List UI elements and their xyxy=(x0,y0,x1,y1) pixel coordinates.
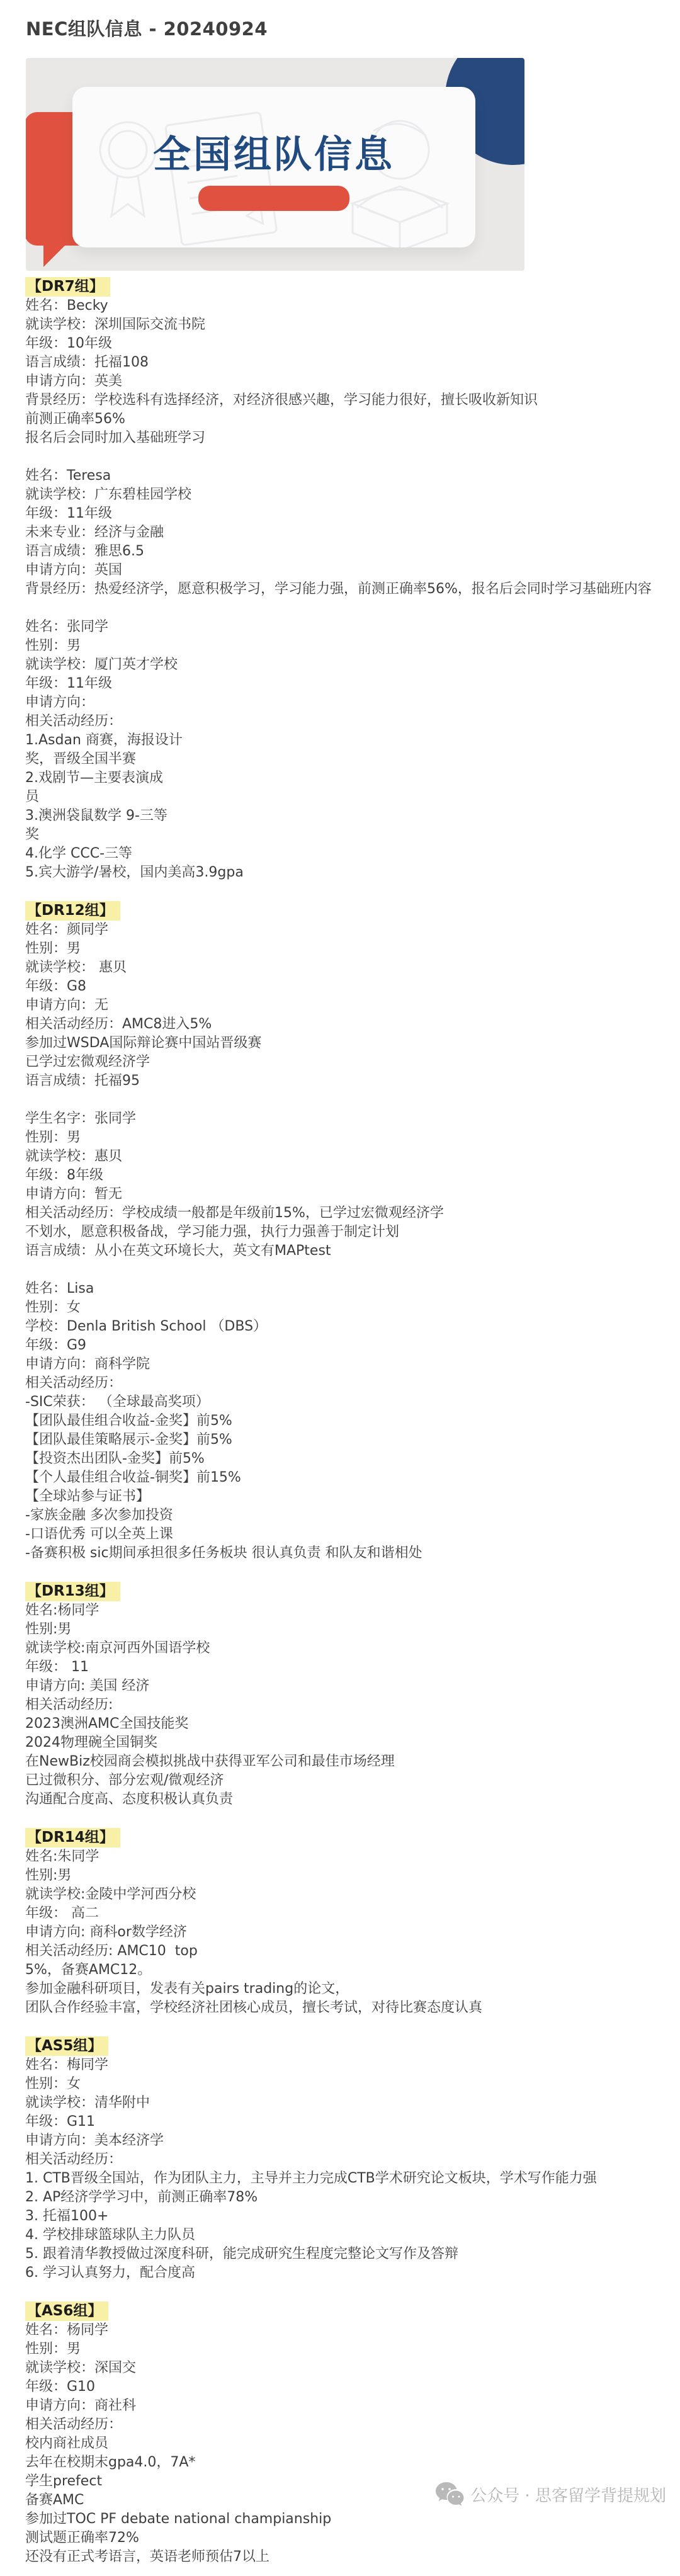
text-line: 就读学校:金陵中学河西分校 xyxy=(25,1885,667,1904)
text-line: 姓名:杨同学 xyxy=(25,1601,667,1620)
wechat-icon xyxy=(435,2481,464,2507)
text-line: 申请方向：暂无 xyxy=(25,1185,667,1204)
text-line: 相关活动经历: xyxy=(25,1696,667,1715)
text-line: 相关活动经历：学校成绩一般都是年级前15%，已学过宏微观经济学 xyxy=(25,1204,667,1223)
text-line: 性别：男 xyxy=(25,2340,667,2359)
text-line: 5%，备赛AMC12。 xyxy=(25,1961,667,1980)
text-line: 2023澳洲AMC全国技能奖 xyxy=(25,1715,667,1733)
banner-card: 全国组队信息 xyxy=(72,87,475,247)
record-block: 姓名：张同学性别：男就读学校：厦门英才学校年级：11年级申请方向：相关活动经历：… xyxy=(25,618,667,882)
red-underline-bar xyxy=(198,186,349,211)
text-line: 性别：男 xyxy=(25,637,667,655)
record-block: 【DR7组】姓名：Becky就读学校：深圳国际交流书院年级：10年级语言成绩：托… xyxy=(25,277,667,448)
group-tag-line: 【DR13组】 xyxy=(25,1582,667,1601)
text-line: 姓名：Becky xyxy=(25,297,667,315)
text-line: 就读学校：清华附中 xyxy=(25,2094,667,2113)
page-title: NEC组队信息 - 20240924 xyxy=(0,0,680,41)
text-line: 已学过宏微观经济学 xyxy=(25,1053,667,1072)
group-tag-line: 【AS6组】 xyxy=(25,2301,667,2321)
text-line: 在NewBiz校园商会模拟挑战中获得亚军公司和最佳市场经理 xyxy=(25,1752,667,1771)
text-line: 申请方向：商社科 xyxy=(25,2397,667,2415)
text-line: 前测正确率56% xyxy=(25,410,667,429)
record-block: 【AS5组】姓名：梅同学性别：女就读学校：清华附中年级：G11申请方向：美本经济… xyxy=(25,2036,667,2283)
text-line: 申请方向：无 xyxy=(25,996,667,1015)
text-line: 相关活动经历： xyxy=(25,2415,667,2434)
text-line: 5. 跟着清华教授做过深度科研，能完成研究生程度完整论文写作及答辩 xyxy=(25,2245,667,2264)
text-line: 还没有正式考语言，英语老师预估7以上 xyxy=(25,2548,667,2567)
group-tag-line: 【DR12组】 xyxy=(25,901,667,921)
text-line: 就读学校:南京河西外国语学校 xyxy=(25,1639,667,1658)
text-line: 年级：G11 xyxy=(25,2113,667,2131)
text-line: 【全球站参与证书】 xyxy=(25,1487,667,1506)
text-line: 申请方向：商科学院 xyxy=(25,1355,667,1374)
text-line: 就读学校：厦门英才学校 xyxy=(25,655,667,674)
text-line: 学生名字：张同学 xyxy=(25,1109,667,1128)
text-line: 年级：G8 xyxy=(25,977,667,996)
text-line: 年级：11年级 xyxy=(25,674,667,693)
record-block: 【DR12组】姓名：颜同学性别：男就读学校： 惠贝年级：G8申请方向：无相关活动… xyxy=(25,901,667,1091)
text-line: 姓名：杨同学 xyxy=(25,2321,667,2340)
text-line: 语言成绩：雅思6.5 xyxy=(25,542,667,561)
text-line: 【团队最佳策略展示-金奖】前5% xyxy=(25,1431,667,1450)
watermark: 公众号 · 思客留学背提规划 xyxy=(435,2481,666,2507)
group-tag-line: 【AS5组】 xyxy=(25,2036,667,2056)
text-line: 姓名：张同学 xyxy=(25,618,667,637)
text-line: 申请方向: 美国 经济 xyxy=(25,1677,667,1696)
text-line: 姓名：Teresa xyxy=(25,467,667,485)
text-line: 背景经历：学校选科有选择经济，对经济很感兴趣，学习能力很好，擅长吸收新知识 xyxy=(25,391,667,410)
text-line: -备赛积极 sic期间承担很多任务板块 很认真负责 和队友和谐相处 xyxy=(25,1544,667,1563)
record-block: 学生名字：张同学性别：男就读学校：惠贝年级：8年级申请方向：暂无相关活动经历：学… xyxy=(25,1109,667,1261)
group-tag: 【AS5组】 xyxy=(25,2036,108,2056)
text-line: 语言成绩：从小在英文环境长大，英文有MAPtest xyxy=(25,1242,667,1261)
record-block: 姓名：Lisa性别：女学校：Denla British School （DBS）… xyxy=(25,1279,667,1563)
text-line: 4. 学校排球篮球队主力队员 xyxy=(25,2226,667,2245)
text-line: 3. 托福100+ xyxy=(25,2207,667,2226)
group-tag-line: 【DR7组】 xyxy=(25,277,667,297)
text-line: 报名后会同时加入基础班学习 xyxy=(25,429,667,448)
text-line: 沟通配合度高、态度积极认真负责 xyxy=(25,1790,667,1809)
banner-title: 全国组队信息 xyxy=(72,125,475,179)
text-line: 1.Asdan 商赛，海报设计 xyxy=(25,731,667,750)
text-line: 就读学校： 惠贝 xyxy=(25,958,667,977)
text-line: 已过微积分、部分宏观/微观经济 xyxy=(25,1771,667,1790)
text-line: 申请方向：英美 xyxy=(25,372,667,391)
group-tag: 【AS6组】 xyxy=(25,2301,108,2321)
text-line: 背景经历：热爱经济学，愿意积极学习，学习能力强，前测正确率56%，报名后会同时学… xyxy=(25,580,667,599)
text-line: 奖 xyxy=(25,826,667,844)
text-line: 就读学校：惠贝 xyxy=(25,1147,667,1166)
text-line: 校内商社成员 xyxy=(25,2434,667,2453)
watermark-text: 公众号 · 思客留学背提规划 xyxy=(470,2483,666,2506)
text-line: 1. CTB晋级全国站，作为团队主力，主导并主力完成CTB学术研究论文板块，学术… xyxy=(25,2169,667,2188)
text-line: 年级：8年级 xyxy=(25,1166,667,1185)
text-line: 年级： 11 xyxy=(25,1658,667,1677)
group-tag: 【DR12组】 xyxy=(25,901,120,921)
text-line: 性别：女 xyxy=(25,2075,667,2094)
text-line: 【个人最佳组合收益-铜奖】前15% xyxy=(25,1468,667,1487)
record-block: 【AS6组】姓名：杨同学性别：男就读学校：深国交年级：G10申请方向：商社科相关… xyxy=(25,2301,667,2567)
text-line: 就读学校：深国交 xyxy=(25,2359,667,2378)
text-line: 相关活动经历：AMC8进入5% xyxy=(25,1015,667,1034)
text-line: 【团队最佳组合收益-金奖】前5% xyxy=(25,1412,667,1431)
text-line: 5.宾大游学/暑校，国内美高3.9gpa xyxy=(25,863,667,882)
text-line: 语言成绩：托福95 xyxy=(25,1072,667,1091)
text-line: 申请方向： xyxy=(25,693,667,712)
text-line: 申请方向：美本经济学 xyxy=(25,2131,667,2150)
text-line: 参加过TOC PF debate national champianship xyxy=(25,2510,667,2529)
text-line: 性别：女 xyxy=(25,1298,667,1317)
text-line: -家族金融 多次参加投资 xyxy=(25,1506,667,1525)
record-block: 【DR13组】姓名:杨同学性别:男就读学校:南京河西外国语学校年级： 11申请方… xyxy=(25,1582,667,1809)
text-line: 性别：男 xyxy=(25,1128,667,1147)
text-line: 2024物理碗全国铜奖 xyxy=(25,1733,667,1752)
text-line: 年级：G9 xyxy=(25,1336,667,1355)
text-line: 6. 学习认真努力，配合度高 xyxy=(25,2264,667,2283)
group-tag-line: 【DR14组】 xyxy=(25,1828,667,1847)
text-line: 参加金融科研项目，发表有关pairs trading的论文， xyxy=(25,1980,667,1999)
text-line: -SIC荣获： （全球最高奖项） xyxy=(25,1393,667,1412)
text-line: 参加过WSDA国际辩论赛中国站晋级赛 xyxy=(25,1034,667,1053)
text-line: 申请方向：英国 xyxy=(25,561,667,580)
text-line: 年级：G10 xyxy=(25,2378,667,2397)
text-line: 姓名:朱同学 xyxy=(25,1847,667,1866)
record-block: 姓名：Teresa就读学校：广东碧桂园学校年级：11年级未来专业：经济与金融语言… xyxy=(25,467,667,599)
text-line: 学校：Denla British School （DBS） xyxy=(25,1317,667,1336)
group-tag: 【DR14组】 xyxy=(25,1828,120,1847)
text-line: 相关活动经历： xyxy=(25,2150,667,2169)
record-block: 【DR14组】姓名:朱同学性别:男就读学校:金陵中学河西分校年级： 高二申请方向… xyxy=(25,1828,667,2017)
text-line: -口语优秀 可以全英上课 xyxy=(25,1525,667,1544)
text-line: 相关活动经历： xyxy=(25,712,667,731)
text-line: 员 xyxy=(25,788,667,807)
text-line: 2.戏剧节—主要表演成 xyxy=(25,769,667,788)
text-line: 年级：11年级 xyxy=(25,504,667,523)
text-line: 申请方向: 商科or数学经济 xyxy=(25,1923,667,1942)
text-line: 性别：男 xyxy=(25,939,667,958)
text-line: 姓名：颜同学 xyxy=(25,921,667,939)
text-line: 年级：10年级 xyxy=(25,334,667,353)
text-line: 奖，晋级全国半赛 xyxy=(25,750,667,769)
text-line: 姓名：梅同学 xyxy=(25,2056,667,2075)
text-line: 姓名：Lisa xyxy=(25,1279,667,1298)
text-line: 就读学校：深圳国际交流书院 xyxy=(25,315,667,334)
text-line: 性别:男 xyxy=(25,1620,667,1639)
text-line: 语言成绩：托福108 xyxy=(25,353,667,372)
group-tag: 【DR13组】 xyxy=(25,1582,120,1601)
text-line: 年级： 高二 xyxy=(25,1904,667,1923)
text-line: 3.澳洲袋鼠数学 9-三等 xyxy=(25,807,667,826)
text-line: 测试题正确率72% xyxy=(25,2529,667,2548)
text-line: 团队合作经验丰富，学校经济社团核心成员，擅长考试，对待比赛态度认真 xyxy=(25,1999,667,2017)
text-line: 相关活动经历： xyxy=(25,1374,667,1393)
text-line: 【投资杰出团队-金奖】前5% xyxy=(25,1450,667,1468)
text-line: 未来专业：经济与金融 xyxy=(25,523,667,542)
content: 【DR7组】姓名：Becky就读学校：深圳国际交流书院年级：10年级语言成绩：托… xyxy=(0,277,680,2567)
text-line: 相关活动经历: AMC10 top xyxy=(25,1942,667,1961)
text-line: 不划水，愿意积极备战，学习能力强，执行力强善于制定计划 xyxy=(25,1223,667,1242)
text-line: 就读学校：广东碧桂园学校 xyxy=(25,485,667,504)
text-line: 去年在校期末gpa4.0，7A* xyxy=(25,2453,667,2472)
group-tag: 【DR7组】 xyxy=(25,277,110,297)
text-line: 2. AP经济学学习中，前测正确率78% xyxy=(25,2188,667,2207)
banner-image: 全国组队信息 xyxy=(26,58,524,271)
text-line: 4.化学 CCC-三等 xyxy=(25,844,667,863)
text-line: 性别:男 xyxy=(25,1866,667,1885)
